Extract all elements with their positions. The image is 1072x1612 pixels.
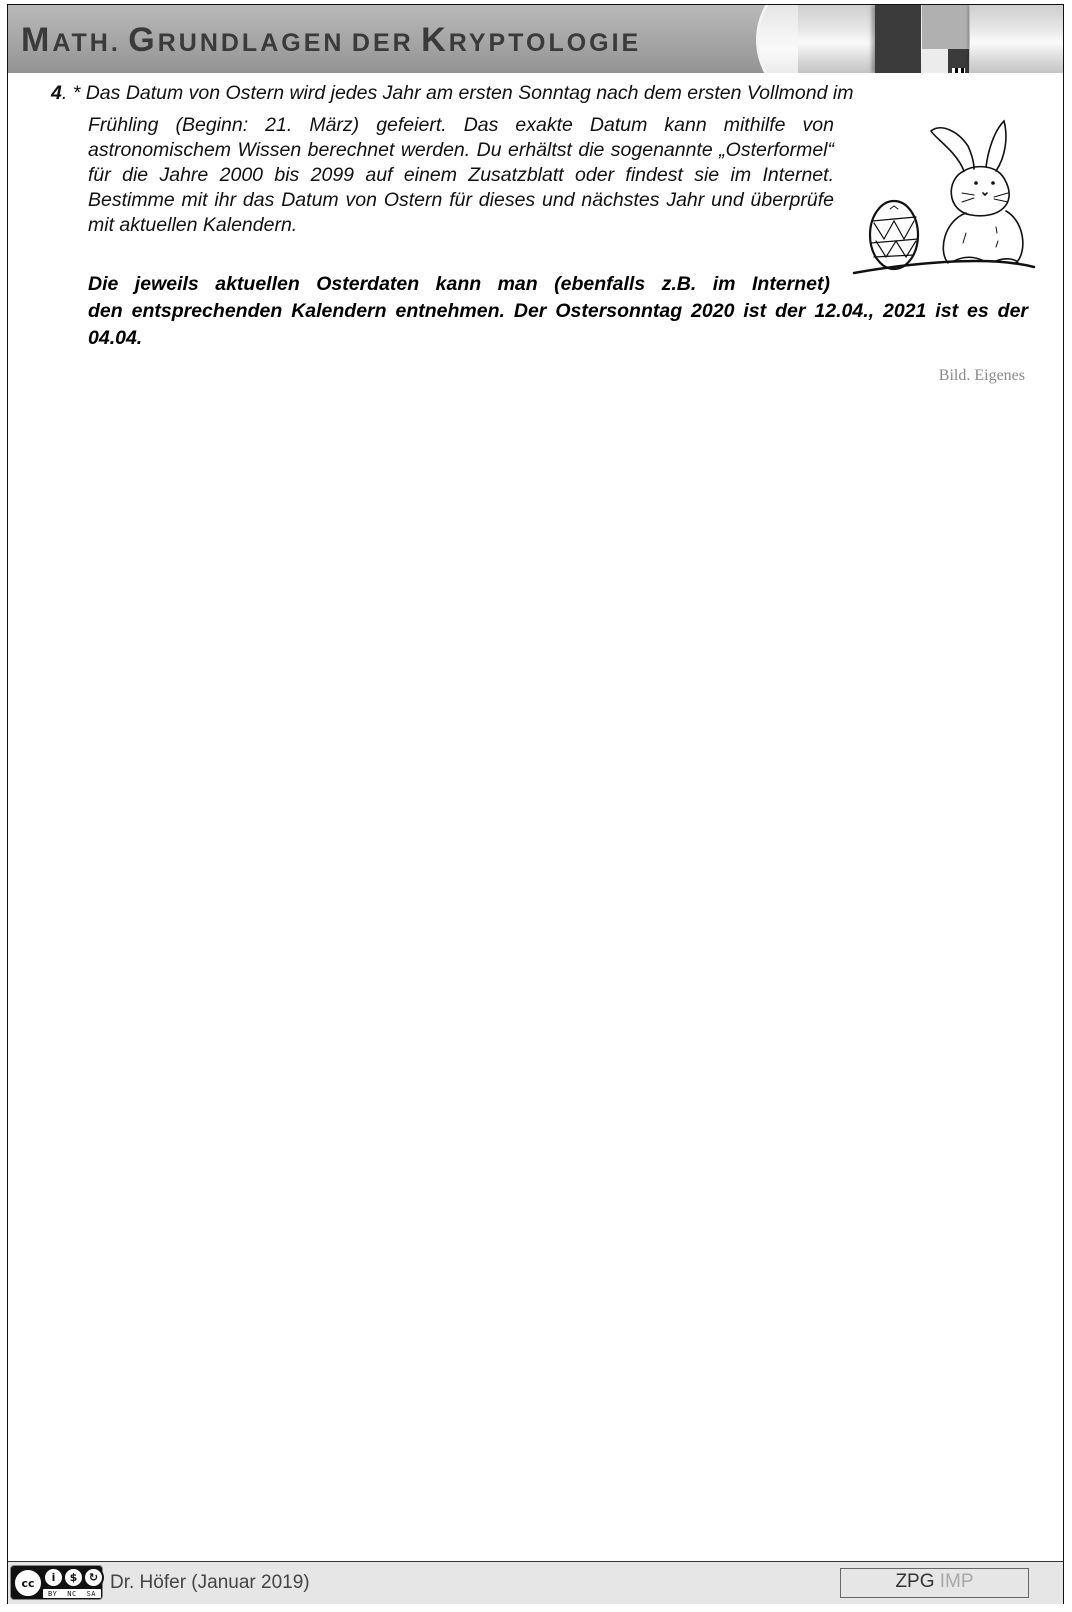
by-attribution-icon: i: [43, 1567, 64, 1588]
task-number: 4: [51, 82, 62, 104]
easter-bunny-illustration: [846, 111, 1036, 281]
answer-text: Die jeweils aktuellen Osterdaten kann ma…: [88, 271, 1028, 352]
title-rest: der: [352, 29, 414, 57]
header-decoration-light-square: [922, 49, 948, 73]
header-decoration-grey-block: [922, 5, 969, 49]
footer: cc i $ ↻ BY NC SA Dr. Höfer (Januar 2019…: [8, 1561, 1063, 1604]
task-body: Frühling (Beginn: 21. März) gefeiert. Da…: [88, 113, 834, 238]
title-rest: rundlagen: [158, 29, 345, 57]
title-rest: ryptologie: [449, 29, 642, 57]
org-primary: ZPG: [895, 1571, 934, 1592]
task-first-text: Das Datum von Ostern wird jedes Jahr am …: [86, 82, 854, 104]
title-cap: M: [21, 21, 52, 59]
header-decoration-dark-block: [875, 5, 921, 73]
header-band: Math. Grundlagen der Kryptologie: [8, 5, 1063, 73]
task-marker: . *: [62, 82, 80, 104]
title-cap: G: [128, 21, 157, 59]
cc-license-badge[interactable]: cc i $ ↻ BY NC SA: [10, 1565, 103, 1600]
nc-noncommercial-icon: $: [63, 1567, 84, 1588]
task-first-line: 4. * Das Datum von Ostern wird jedes Jah…: [51, 82, 1011, 105]
sa-sharealike-icon: ↻: [83, 1567, 104, 1588]
title-rest: ath.: [52, 29, 120, 57]
org-logo-box: ZPG IMP: [840, 1568, 1029, 1598]
answer-line-1: Die jeweils aktuellen Osterdaten kann ma…: [88, 271, 830, 298]
footer-author: Dr. Höfer (Januar 2019): [110, 1572, 310, 1594]
page-title: Math. Grundlagen der Kryptologie: [21, 21, 641, 60]
header-decoration-right: [970, 5, 1063, 73]
title-cap: K: [421, 21, 449, 59]
worksheet-page: Math. Grundlagen der Kryptologie 4. * Da…: [7, 4, 1064, 1604]
cc-icon: cc: [13, 1568, 43, 1598]
license-labels: BY NC SA: [43, 1589, 101, 1598]
license-label: NC: [67, 1590, 76, 1598]
license-label: BY: [48, 1590, 57, 1598]
header-decoration-light: [798, 5, 876, 73]
org-secondary: IMP: [940, 1571, 974, 1592]
license-label: SA: [87, 1590, 96, 1598]
image-credit: Bild. Eigenes: [939, 367, 1025, 385]
header-decoration-small-dark-block: [948, 49, 969, 73]
answer-rest: den entsprechenden Kalendern entnehmen. …: [88, 300, 1028, 349]
